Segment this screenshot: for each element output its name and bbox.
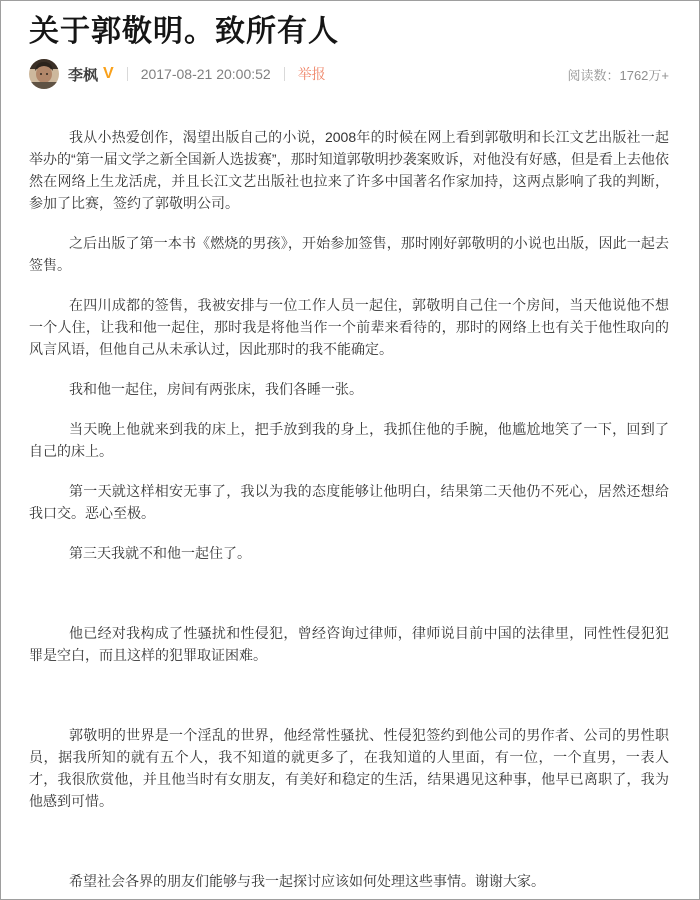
article-page: 关于郭敬明。致所有人 李枫 V 2017-08-21 20:00:52 举报 阅…	[0, 0, 700, 900]
paragraph-spacer	[29, 684, 669, 706]
report-link[interactable]: 举报	[298, 64, 326, 84]
article-paragraph: 第三天我就不和他一起住了。	[29, 542, 669, 564]
divider	[127, 67, 128, 81]
article-body: 我从小热爱创作，渴望出版自己的小说，2008年的时候在网上看到郭敬明和长江文艺出…	[29, 126, 669, 892]
article-title: 关于郭敬明。致所有人	[29, 15, 669, 49]
article-paragraph: 我和他一起住，房间有两张床，我们各睡一张。	[29, 378, 669, 400]
author-avatar[interactable]	[29, 59, 59, 89]
article-paragraph: 之后出版了第一本书《燃烧的男孩》，开始参加签售，那时刚好郭敬明的小说也出版，因此…	[29, 232, 669, 276]
publish-time: 2017-08-21 20:00:52	[141, 66, 271, 82]
verified-badge-icon: V	[103, 66, 114, 82]
article-paragraph: 郭敬明的世界是一个淫乱的世界，他经常性骚扰、性侵犯签约到他公司的男作者、公司的男…	[29, 724, 669, 812]
avatar-photo	[29, 59, 59, 89]
author-meta-bar: 李枫 V 2017-08-21 20:00:52 举报 阅读数：1762万+	[29, 58, 669, 90]
paragraph-spacer	[29, 830, 669, 852]
article-paragraph: 第一天就这样相安无事了，我以为我的态度能够让他明白，结果第二天他仍不死心，居然还…	[29, 480, 669, 524]
read-count: 阅读数：1762万+	[567, 65, 669, 84]
divider	[284, 67, 285, 81]
paragraph-spacer	[29, 582, 669, 604]
article-paragraph: 希望社会各界的朋友们能够与我一起探讨应该如何处理这些事情。谢谢大家。	[29, 870, 669, 892]
article-paragraph: 他已经对我构成了性骚扰和性侵犯，曾经咨询过律师，律师说目前中国的法律里，同性性侵…	[29, 622, 669, 666]
article-paragraph: 我从小热爱创作，渴望出版自己的小说，2008年的时候在网上看到郭敬明和长江文艺出…	[29, 126, 669, 214]
article-paragraph: 在四川成都的签售，我被安排与一位工作人员一起住，郭敬明自己住一个房间，当天他说他…	[29, 294, 669, 360]
author-name[interactable]: 李枫	[68, 64, 98, 85]
article-paragraph: 当天晚上他就来到我的床上，把手放到我的身上，我抓住他的手腕，他尴尬地笑了一下，回…	[29, 418, 669, 462]
